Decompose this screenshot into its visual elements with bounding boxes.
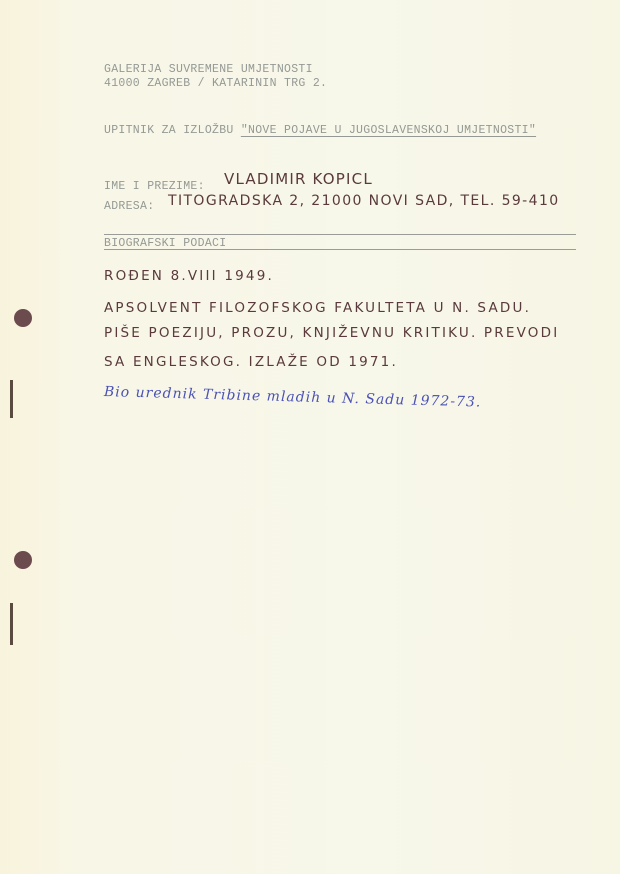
punch-hole-bottom xyxy=(14,551,32,569)
biography-top-rule xyxy=(104,234,576,235)
document-page: GALERIJA SUVREMENE UMJETNOSTI 41000 ZAGR… xyxy=(0,0,620,874)
name-field-label: IME I PREZIME: xyxy=(104,180,205,193)
biography-line-exhibiting: sa engleskog. Izlaže od 1971. xyxy=(104,354,398,370)
name-field-value: Vladimir Kopicl xyxy=(224,170,373,188)
punch-hole-top xyxy=(14,309,32,327)
institution-name: GALERIJA SUVREMENE UMJETNOSTI xyxy=(104,63,313,76)
biography-line-education: Apsolvent Filozofskog fakulteta u N. Sad… xyxy=(104,300,531,316)
biography-line-writing: Piše poeziju, prozu, književnu kritiku. … xyxy=(104,325,559,341)
margin-mark-top xyxy=(10,380,13,418)
address-field-label: ADRESA: xyxy=(104,200,154,213)
biography-line-birth: Rođen 8.VIII 1949. xyxy=(104,268,274,284)
questionnaire-prefix: UPITNIK ZA IZLOŽBU xyxy=(104,124,241,137)
blue-ink-annotation: Bio urednik Tribine mladih u N. Sadu 197… xyxy=(104,384,482,411)
margin-mark-bottom xyxy=(10,603,13,645)
institution-address: 41000 ZAGREB / KATARININ TRG 2. xyxy=(104,77,327,90)
biography-bottom-rule xyxy=(104,249,576,250)
exhibition-title: "NOVE POJAVE U JUGOSLAVENSKOJ UMJETNOSTI… xyxy=(241,124,536,137)
questionnaire-heading: UPITNIK ZA IZLOŽBU "NOVE POJAVE U JUGOSL… xyxy=(104,124,536,137)
address-field-value: Titogradska 2, 21000 Novi Sad, tel. 59-4… xyxy=(168,193,560,209)
